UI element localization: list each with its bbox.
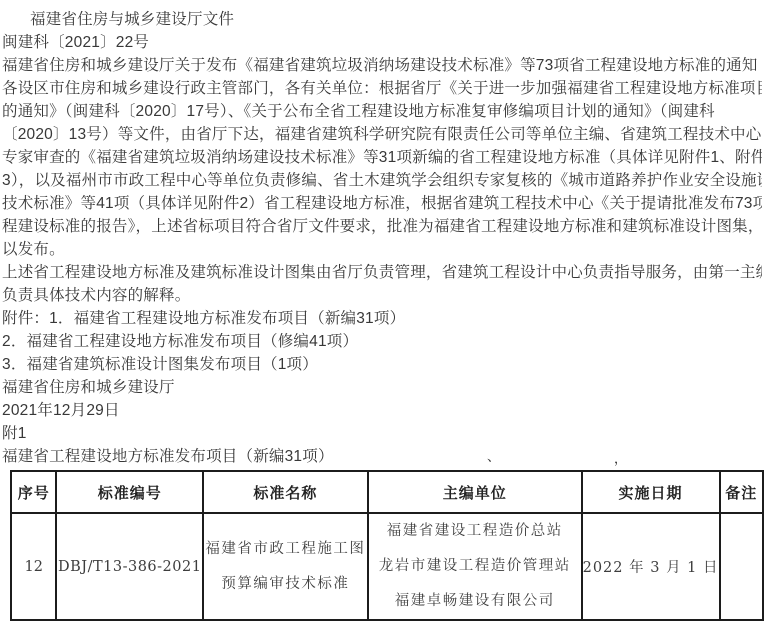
doc-subject: 福建省住房和城乡建设厅关于发布《福建省建筑垃圾消纳场建设技术标准》等73项省工程… [2, 54, 762, 77]
cell-standard-name: 福建省市政工程施工图 预算编审技术标准 [203, 513, 368, 620]
doc-body-line: 负责具体技术内容的解释。 [2, 284, 762, 307]
attachment-list-item-2: 2．福建省工程建设地方标准发布项目（修编41项） [2, 330, 762, 353]
document-body: 福建省住房与城乡建设厅文件 闽建科〔2021〕22号 福建省住房和城乡建设厅关于… [2, 8, 762, 468]
doc-number: 闽建科〔2021〕22号 [2, 31, 762, 54]
header-seq: 序号 [11, 471, 56, 513]
chief-unit-line: 福建省建设工程造价总站 [369, 514, 581, 549]
doc-body-line: 专家审查的《福建省建筑垃圾消纳场建设技术标准》等31项新编的省工程建设地方标准（… [2, 146, 762, 169]
cell-chief-units: 福建省建设工程造价总站 龙岩市建设工程造价管理站 福建卓畅建设有限公司 [368, 513, 582, 620]
doc-body-line: 各设区市住房和城乡建设行政主管部门，各有关单位：根据省厅《关于进一步加强福建省工… [2, 77, 762, 100]
header-chief-unit: 主编单位 [368, 471, 582, 513]
doc-body-line: 的通知》（闽建科〔2020〕17号）、《关于公布全省工程建设地方标准复审修编项目… [2, 100, 762, 123]
doc-body-line: 以发布。 [2, 238, 762, 261]
appendix-title: 福建省工程建设地方标准发布项目（新编31项） [2, 445, 762, 468]
chief-unit-line: 福建卓畅建设有限公司 [369, 584, 581, 619]
doc-body-line: 技术标准》等41项（具体详见附件2）省工程建设地方标准，根据省建筑工程技术中心《… [2, 192, 762, 215]
header-name: 标准名称 [203, 471, 368, 513]
attachment-list-item-3: 3．福建省建筑标准设计图集发布项目（1项） [2, 353, 762, 376]
header-code: 标准编号 [56, 471, 203, 513]
scan-artifact-mark: 、 [487, 450, 500, 463]
standard-name-line: 福建省市政工程施工图 [204, 532, 367, 567]
table-row: 12 DBJ/T13-386-2021 福建省市政工程施工图 预算编审技术标准 … [11, 513, 763, 620]
standards-table: 序号 标准编号 标准名称 主编单位 实施日期 备注 12 DBJ/T13-386… [10, 470, 764, 621]
doc-issuer: 福建省住房和城乡建设厅 [2, 376, 762, 399]
doc-body-line: 3），以及福州市市政工程中心等单位负责修编、省土木建筑学会组织专家复核的《城市道… [2, 169, 762, 192]
cell-impl-date: 2022 年 3 月 1 日 [582, 513, 720, 620]
standard-name-line: 预算编审技术标准 [204, 567, 367, 602]
header-impl-date: 实施日期 [582, 471, 720, 513]
cell-remark [720, 513, 763, 620]
scan-artifact-mark: ， [614, 452, 627, 465]
chief-unit-line: 龙岩市建设工程造价管理站 [369, 549, 581, 584]
doc-org-title: 福建省住房与城乡建设厅文件 [2, 8, 762, 31]
doc-body-line: 程建设标准的报告》，上述省标项目符合省厅文件要求，批准为福建省工程建设地方标准和… [2, 215, 762, 238]
cell-seq: 12 [11, 513, 56, 620]
doc-body-line: 〔2020〕13号）等文件，由省厅下达，福建省建筑科学研究院有限责任公司等单位主… [2, 123, 762, 146]
doc-body-line: 上述省工程建设地方标准及建筑标准设计图集由省厅负责管理，省建筑工程设计中心负责指… [2, 261, 762, 284]
table-header-row: 序号 标准编号 标准名称 主编单位 实施日期 备注 [11, 471, 763, 513]
attachment-list-item-1: 附件：1．福建省工程建设地方标准发布项目（新编31项） [2, 307, 762, 330]
doc-issue-date: 2021年12月29日 [2, 399, 762, 422]
appendix-label: 附1 [2, 422, 762, 445]
cell-standard-code: DBJ/T13-386-2021 [56, 513, 203, 620]
header-remark: 备注 [720, 471, 763, 513]
